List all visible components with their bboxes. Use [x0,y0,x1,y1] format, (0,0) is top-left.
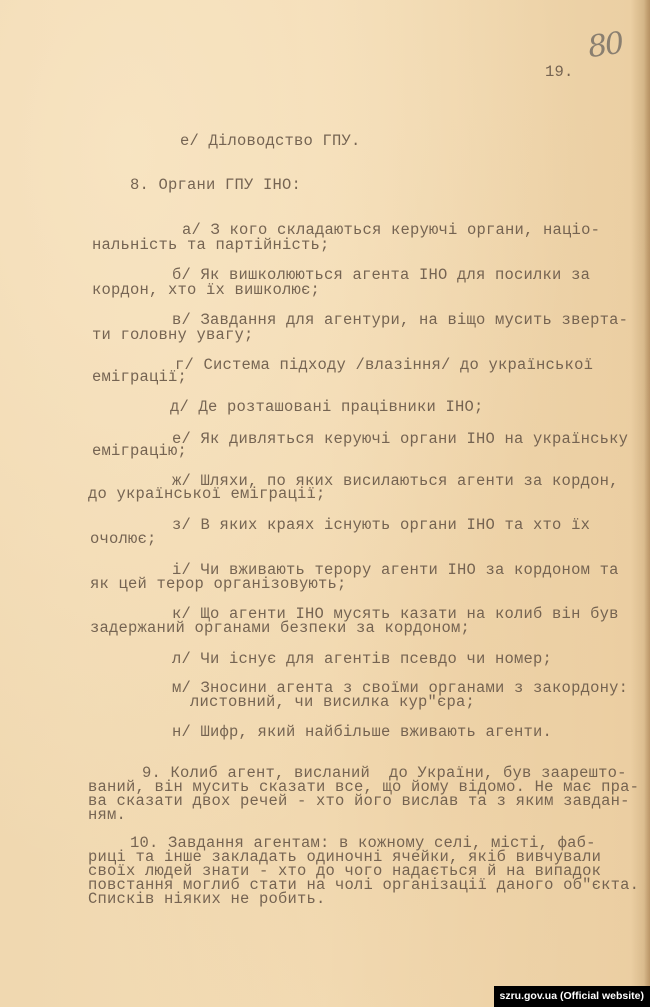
item-d: д/ Де розташовані працівники ІНО; [170,400,484,415]
item-k-line2: задержаний органами безпеки за кордоном; [90,621,470,636]
page-number: 19. [545,65,574,80]
item-a-line2: нальність та партійність; [92,238,330,253]
paper-edge [644,0,650,1007]
item-e-heading: е/ Діловодство ГПУ. [180,134,361,149]
section-9-line4: ням. [88,808,126,823]
item-ye-line2: еміграцію; [92,444,187,459]
item-m-line2: листовний, чи висилка кур"єра; [190,695,475,710]
section-9-line3: ва сказати двох речей - хто його вислав … [88,794,630,809]
item-b-line2: кордон, хто їх вишколює; [92,283,320,298]
item-ye-line1: е/ Як дивляться керуючі органи ІНО на ук… [172,432,628,447]
item-g-line2: еміграції; [92,370,187,385]
item-zh-line2: до української еміграції; [88,487,326,502]
section-8-heading: 8. Органи ГПУ ІНО: [130,178,301,193]
section-10-line5: Списків ніяких не робить. [88,892,326,907]
item-z-line1: з/ В яких краях існують органи ІНО та хт… [172,518,590,533]
item-i-line2: як цей терор організовують; [90,577,347,592]
item-v-line2: ти головну увагу; [92,328,254,343]
source-watermark: szru.gov.ua (Official website) [494,986,650,1007]
item-g-line1: г/ Система підходу /влазіння/ до українс… [175,358,593,373]
item-n: н/ Шифр, який найбільше вживають агенти. [172,725,552,740]
handwritten-folio-number: 80 [586,26,625,65]
item-l: л/ Чи існує для агентів псевдо чи номер; [172,652,552,667]
item-z-line2: очолює; [90,532,157,547]
